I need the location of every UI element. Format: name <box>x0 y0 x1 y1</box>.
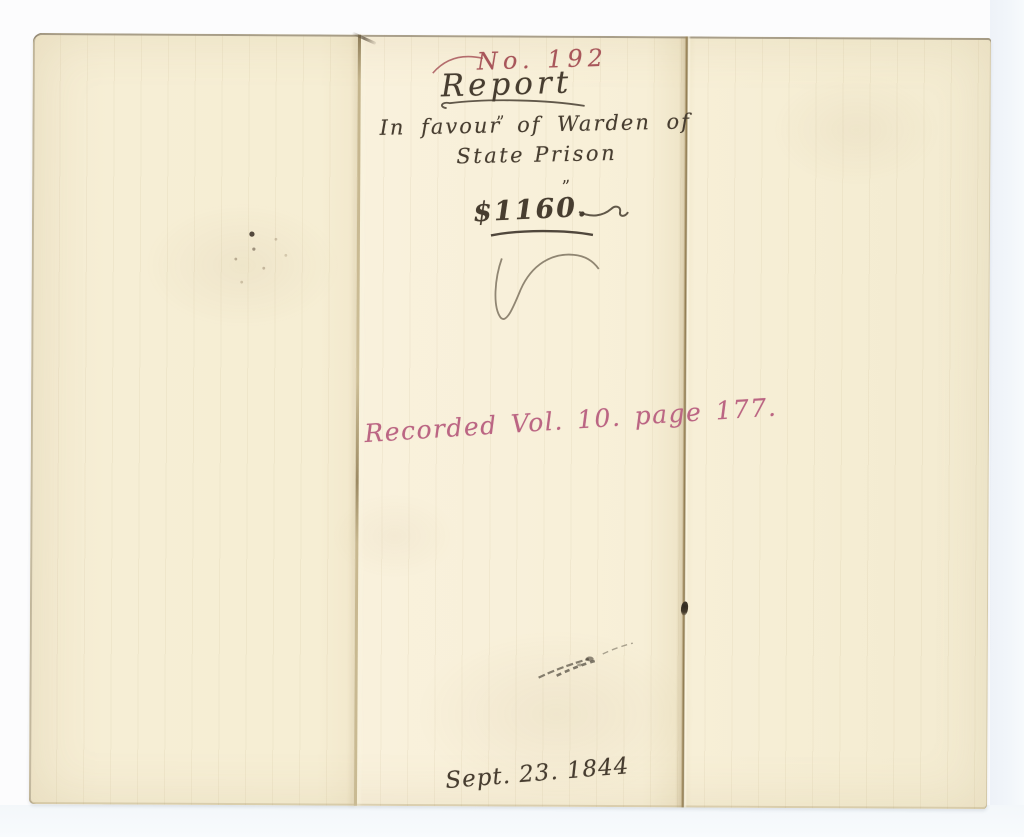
check-flourish-mark-icon <box>487 244 605 331</box>
amount-line: $1160. <box>472 192 589 228</box>
scanner-background-right <box>990 0 1024 837</box>
document-paper: No. 192 Report „ In favour of Warden of … <box>29 33 991 809</box>
favor-line-2: State Prison <box>456 141 617 168</box>
favor-line-1: In favour of Warden of <box>379 109 691 140</box>
title-underline-flourish-icon <box>437 98 589 113</box>
favor-ditto-mark: „ <box>560 166 571 187</box>
scanned-document-page: No. 192 Report „ In favour of Warden of … <box>0 0 1024 837</box>
left-fold-crease <box>354 35 361 806</box>
top-crease-nick <box>352 32 377 45</box>
ink-specks <box>237 224 239 226</box>
date-line: Sept. 23. 1844 <box>444 753 630 794</box>
recorded-note: Recorded Vol. 10. page 177. <box>363 393 778 449</box>
scanner-background-bottom <box>0 805 1024 837</box>
ink-smudge-icon <box>533 632 658 685</box>
fold-ink-blob <box>680 601 689 616</box>
amount-tail-swash-icon <box>577 204 629 222</box>
amount-underline-flourish-icon <box>488 228 596 240</box>
